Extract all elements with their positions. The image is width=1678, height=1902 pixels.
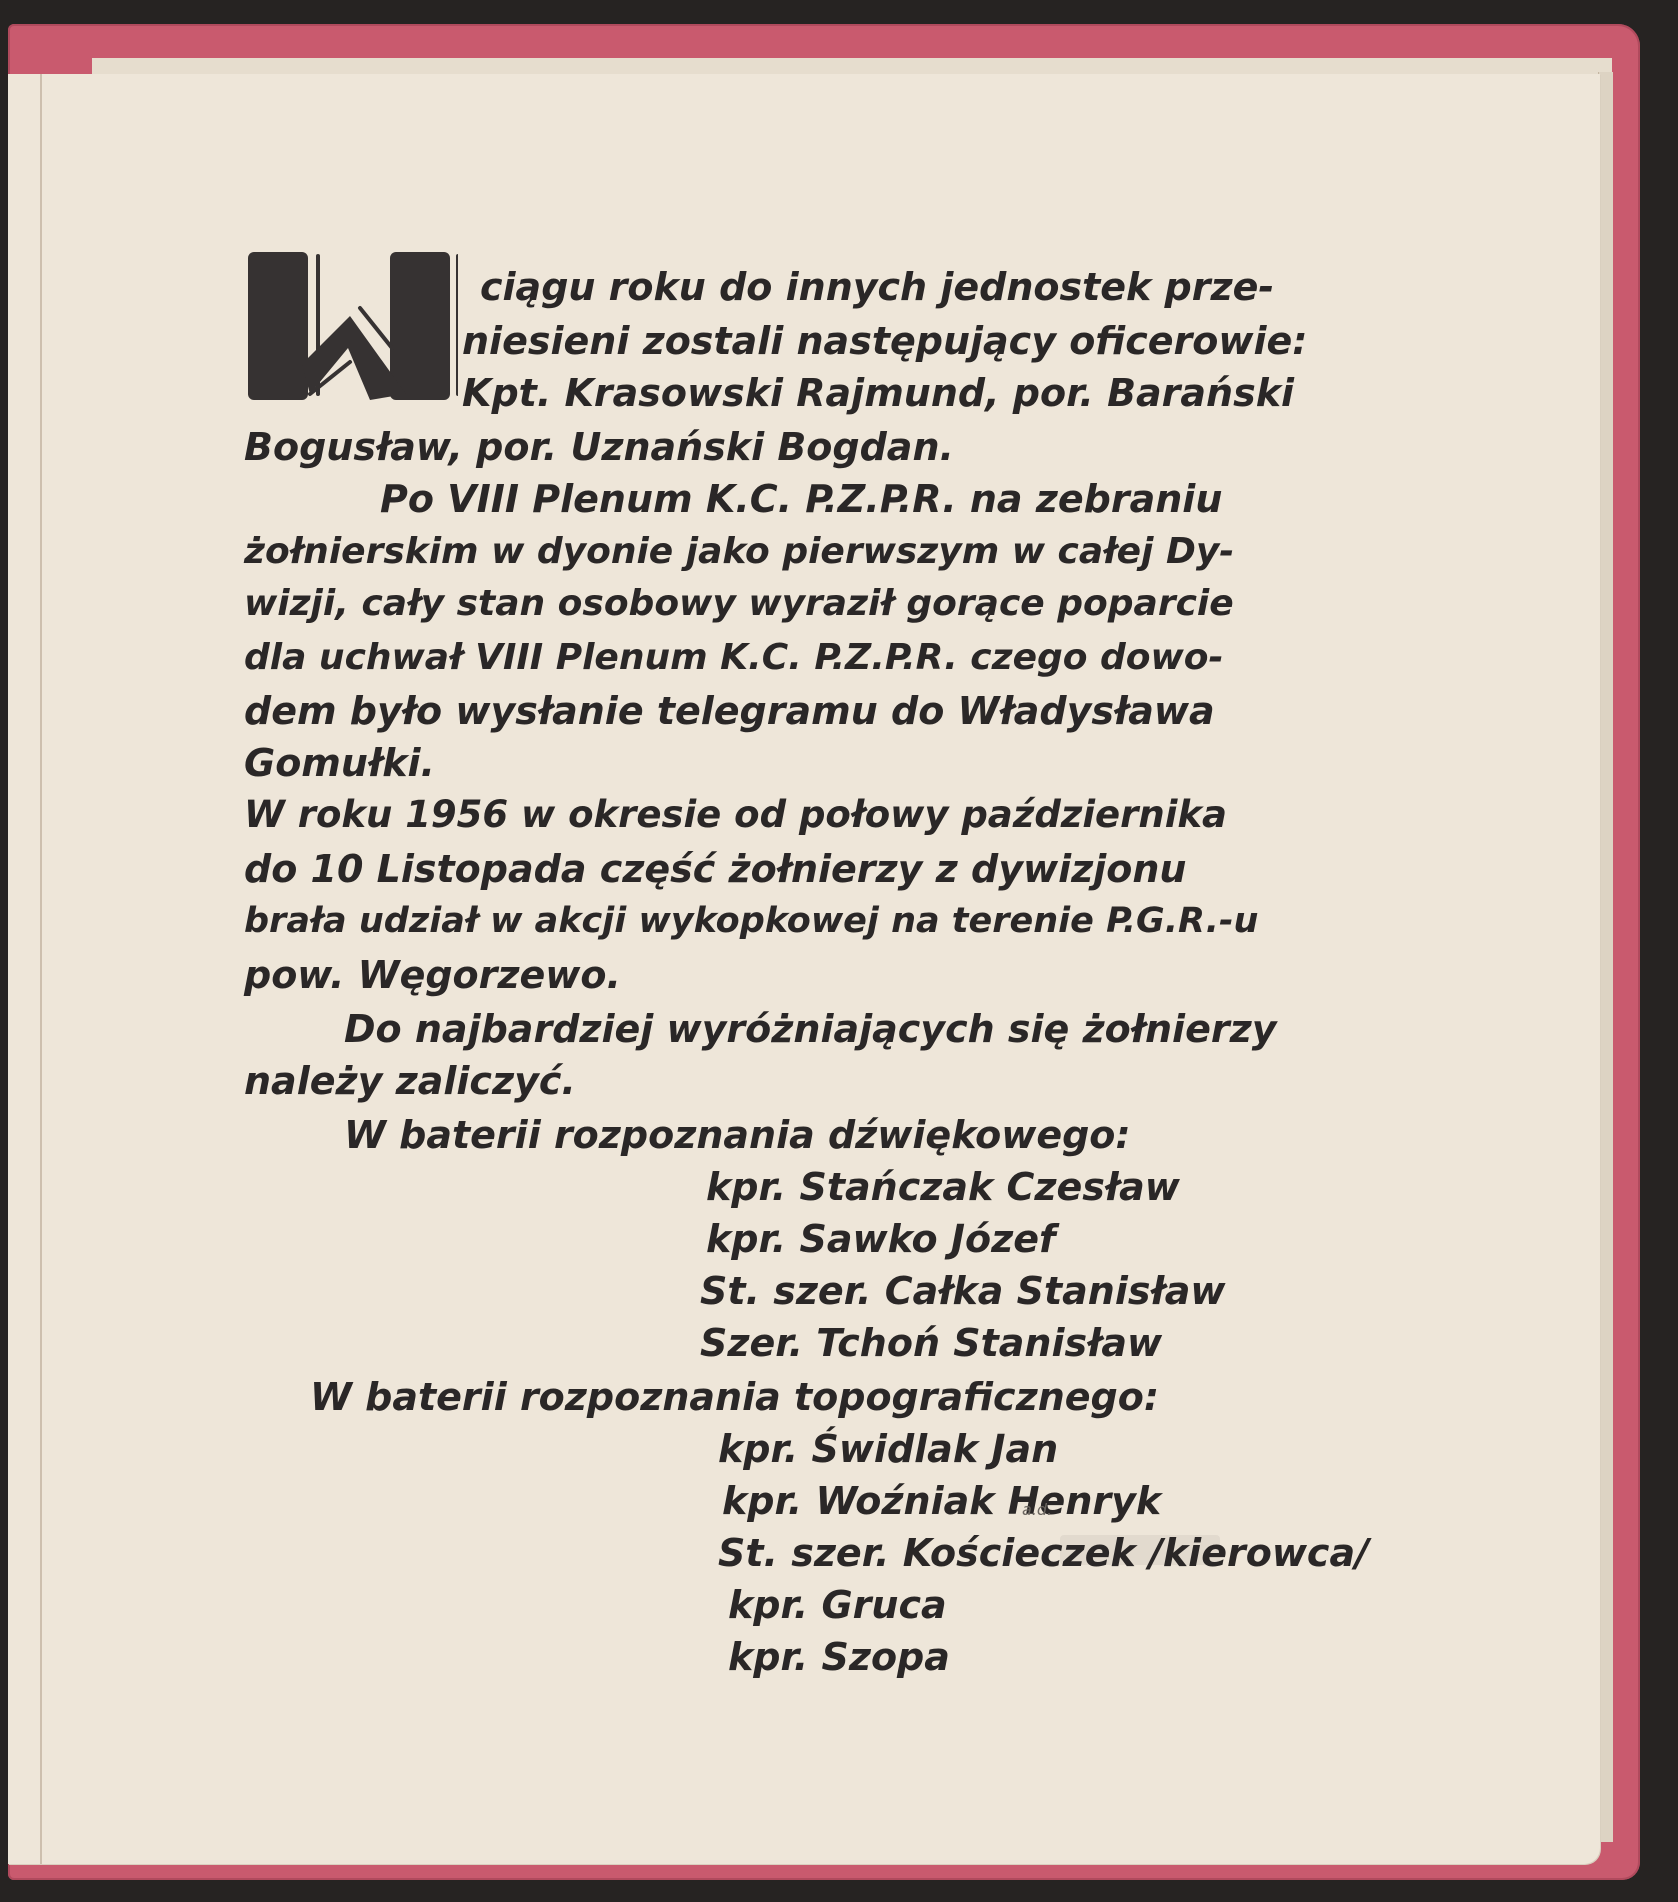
text-line: brała udział w akcji wykopkowej na teren… xyxy=(244,904,1258,939)
text-line: St. szer. Całka Stanisław xyxy=(700,1272,1226,1310)
text-line: Kpt. Krasowski Rajmund, por. Barański xyxy=(462,374,1294,412)
drop-cap-w xyxy=(240,244,458,402)
text-line: Szer. Tchoń Stanisław xyxy=(700,1324,1162,1362)
text-line: żołnierskim w dyonie jako pierwszym w ca… xyxy=(244,534,1234,570)
pencil-annotation: a.d. xyxy=(1022,1500,1052,1519)
text-line: kpr. Szopa xyxy=(728,1638,950,1676)
text-line: Do najbardziej wyróżniających się żołnie… xyxy=(344,1010,1276,1048)
text-line: niesieni zostali następujący oficerowie: xyxy=(462,322,1307,360)
text-line: St. szer. Kościeczek /kierowca/ xyxy=(718,1534,1369,1572)
text-line: ciągu roku do innych jednostek prze- xyxy=(480,268,1274,306)
text-line: kpr. Woźniak Henryk xyxy=(722,1482,1161,1520)
text-line: pow. Węgorzewo. xyxy=(244,956,621,994)
text-line: W baterii rozpoznania dźwiękowego: xyxy=(344,1116,1131,1154)
text-line: Po VIII Plenum K.C. P.Z.P.R. na zebraniu xyxy=(380,480,1222,518)
text-line: W roku 1956 w okresie od połowy paździer… xyxy=(244,796,1227,833)
text-line: wizji, cały stan osobowy wyraził gorące … xyxy=(244,586,1234,622)
text-line: dla uchwał VIII Plenum K.C. P.Z.P.R. cze… xyxy=(244,640,1223,676)
text-line: W baterii rozpoznania topograficznego: xyxy=(310,1378,1159,1416)
text-line: Gomułki. xyxy=(244,744,435,782)
drop-cap-w-icon xyxy=(240,244,458,402)
text-line: kpr. Stańczak Czesław xyxy=(706,1168,1180,1206)
text-line: kpr. Świdlak Jan xyxy=(718,1430,1058,1468)
binding-gutter-line xyxy=(40,74,42,1864)
text-line: dem było wysłanie telegramu do Władysław… xyxy=(244,692,1215,730)
text-line: Bogusław, por. Uznański Bogdan. xyxy=(244,428,954,466)
text-line: należy zaliczyć. xyxy=(244,1062,576,1100)
text-line: kpr. Sawko Józef xyxy=(706,1220,1056,1258)
text-line: do 10 Listopada część żołnierzy z dywizj… xyxy=(244,850,1186,888)
text-line: kpr. Gruca xyxy=(728,1586,947,1624)
page-stack-right-edge xyxy=(1598,72,1613,1842)
